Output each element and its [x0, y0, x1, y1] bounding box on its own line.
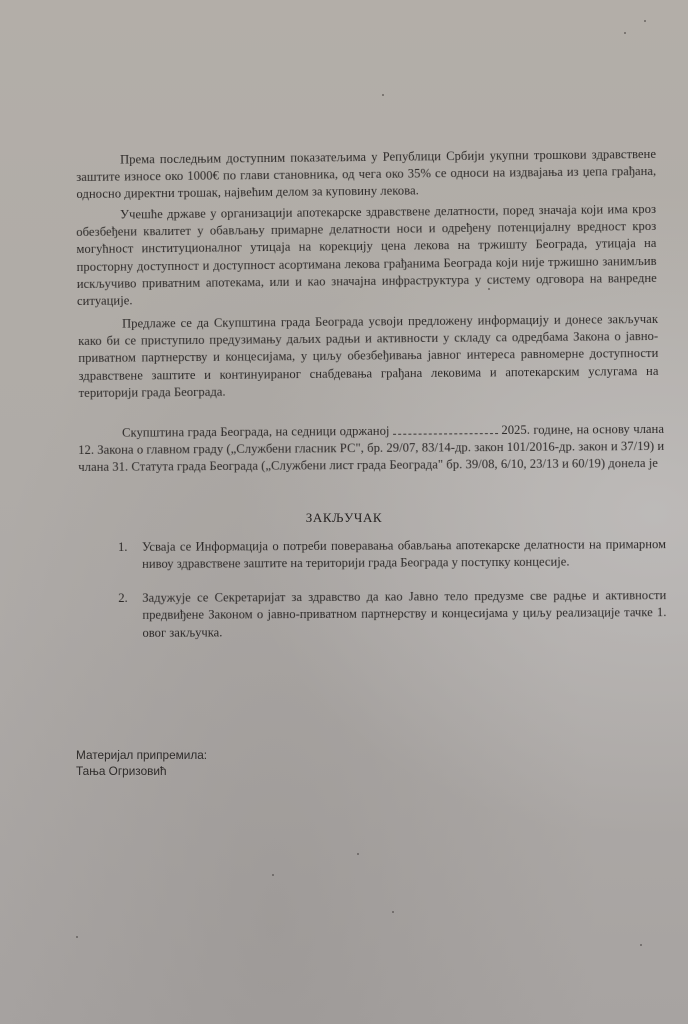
signature-name: Тања Огризовић: [76, 763, 207, 779]
preamble: Скупштина града Београда, на седници одр…: [78, 421, 664, 477]
paper-speck: [624, 32, 626, 34]
conclusion-number: 2.: [118, 590, 128, 607]
signature-label: Материјал припремила:: [76, 747, 207, 763]
conclusion-list: 1. Усваја се Информација о потреби повер…: [118, 536, 667, 658]
paper-speck: [488, 288, 490, 290]
paragraph-state-participation: Учешће државе у организацији апотекарске…: [76, 201, 657, 310]
paper-speck: [76, 936, 78, 938]
conclusion-text: Усваја се Информација о потреби поверава…: [142, 537, 666, 571]
date-blank-line: [393, 425, 498, 435]
paper-speck: [357, 853, 359, 855]
paragraph-proposal: Предлаже се да Скупштина града Београда …: [78, 311, 659, 402]
conclusion-item: 1. Усваја се Информација о потреби повер…: [118, 536, 666, 574]
paper-speck: [392, 911, 394, 913]
paragraph-health-costs: Према последњим доступним показатељима у…: [76, 146, 657, 204]
paper-speck: [640, 944, 642, 946]
preamble-start: Скупштина града Београда, на седници одр…: [122, 424, 390, 440]
conclusion-number: 1.: [118, 539, 128, 556]
scanned-document-page: Према последњим доступним показатељима у…: [0, 0, 688, 1024]
paper-speck: [382, 94, 384, 96]
paper-speck: [644, 20, 646, 22]
conclusion-heading: ЗАКЉУЧАК: [0, 510, 688, 526]
conclusion-item: 2. Задужује се Секретаријат за здравство…: [118, 587, 666, 642]
conclusion-text: Задужује се Секретаријат за здравство да…: [142, 588, 666, 640]
paper-speck: [272, 874, 274, 876]
signature-block: Материјал припремила: Тања Огризовић: [76, 747, 207, 779]
